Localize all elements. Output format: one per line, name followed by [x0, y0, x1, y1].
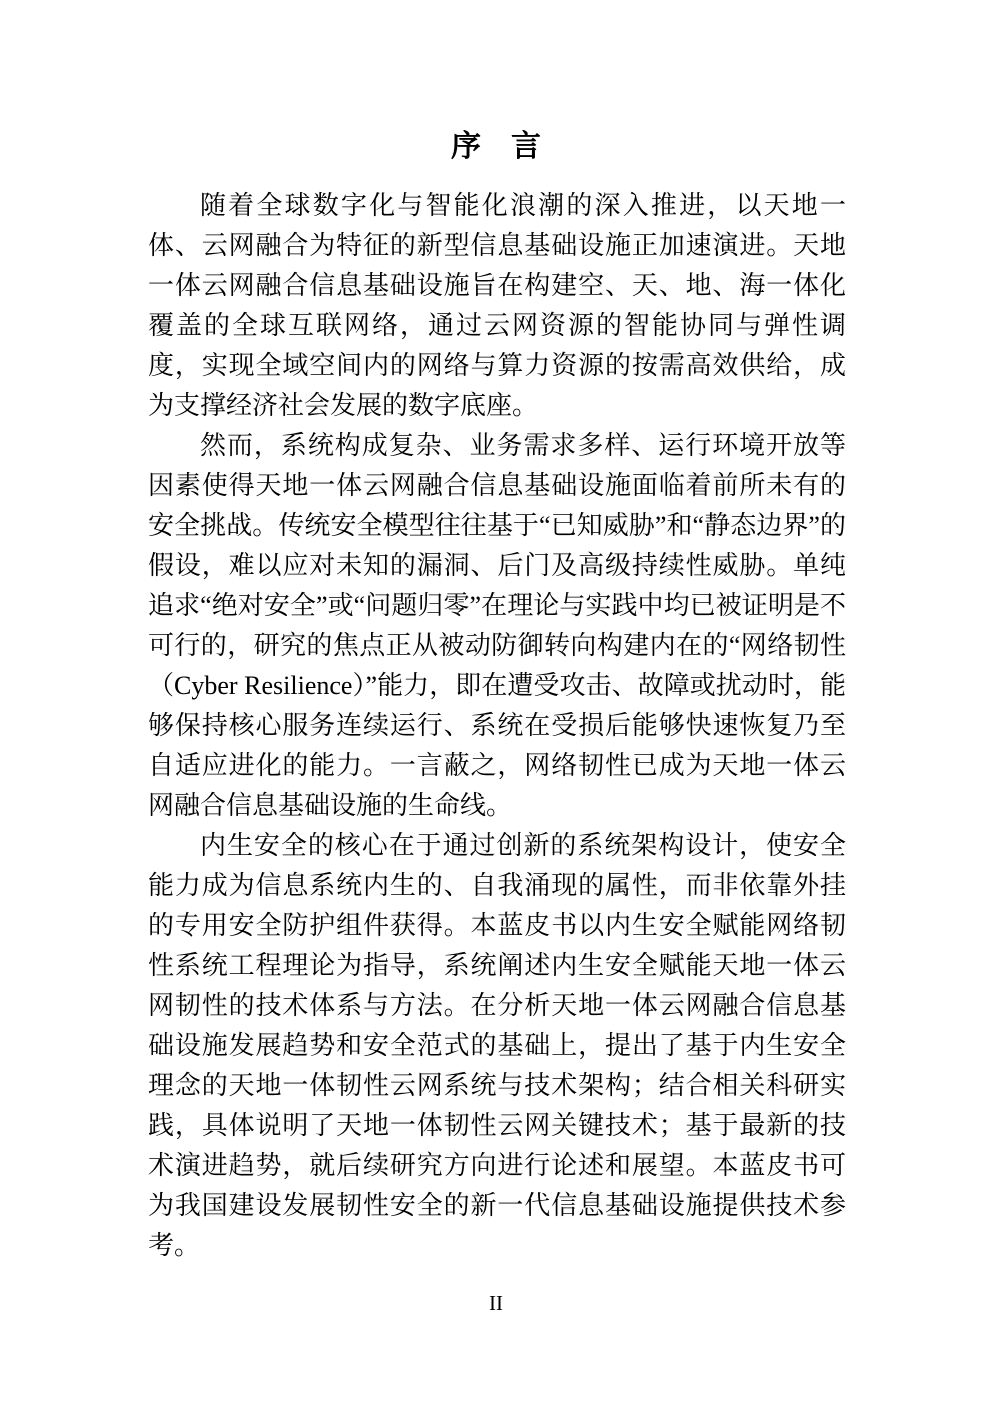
page-title: 序 言 [0, 127, 992, 167]
paragraph: 然而，系统构成复杂、业务需求多样、运行环境开放等因素使得天地一体云网融合信息基础… [148, 426, 846, 826]
paragraph: 随着全球数字化与智能化浪潮的深入推进，以天地一体、云网融合为特征的新型信息基础设… [148, 186, 846, 426]
page-number: II [0, 1289, 992, 1317]
body-text: 随着全球数字化与智能化浪潮的深入推进，以天地一体、云网融合为特征的新型信息基础设… [148, 186, 846, 1266]
document-page: 序 言 随着全球数字化与智能化浪潮的深入推进，以天地一体、云网融合为特征的新型信… [0, 0, 992, 1403]
paragraph: 内生安全的核心在于通过创新的系统架构设计，使安全能力成为信息系统内生的、自我涌现… [148, 826, 846, 1266]
